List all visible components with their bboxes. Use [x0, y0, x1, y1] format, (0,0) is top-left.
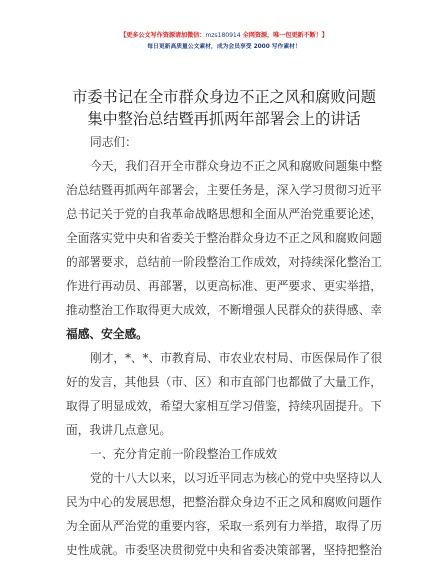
paragraph-2-line-3: 取得了明显成效，希望大家相互学习借鉴，持续巩固提升。下: [66, 394, 382, 418]
wechat-id: mzs180914: [205, 32, 240, 39]
document-title-line-2: 集中整治总结暨再抓两年部署会上的讲话: [0, 108, 448, 130]
promo-suffix: 全网资源，唯一包更新不断！】: [241, 32, 328, 39]
document-body: 同志们： 今天，我们召开全市群众身边不正之风和腐败问题集中整 治总结暨再抓两年部…: [66, 130, 382, 562]
salutation: 同志们：: [66, 130, 382, 154]
paragraph-2-line-2: 好的发言，其他县（市、区）和市直部门也都做了大量工作，: [66, 370, 382, 394]
paragraph-1-line-3: 总书记关于党的自我革命战略思想和全面从严治党重要论述，: [66, 202, 382, 226]
paragraph-2-line-4: 面，我讲几点意见。: [66, 418, 382, 442]
paragraph-1-line-4: 全面落实党中央和省委关于整治群众身边不正之风和腐败问题: [66, 226, 382, 250]
paragraph-1-line-1: 今天，我们召开全市群众身边不正之风和腐败问题集中整: [66, 154, 382, 178]
promo-prefix: 【更多公文写作资源请加微信：: [120, 32, 205, 39]
document-page: 【更多公文写作资源请加微信：mzs180914 全网资源，唯一包更新不断！】 每…: [0, 0, 448, 580]
paragraph-3-line-3: 为全面从严治党的重要内容，采取一系列有力举措，取得了历: [66, 514, 382, 538]
page-number: 1: [0, 542, 448, 551]
section-heading-1: 一、充分肯定前一阶段整治工作成效: [66, 442, 382, 466]
paragraph-2-line-1: 刚才，*、*、市教育局、市农业农村局、市医保局作了很: [66, 346, 382, 370]
document-title-line-1: 市委书记在全市群众身边不正之风和腐败问题: [0, 86, 448, 108]
promo-banner-line-2: 每日更新高质量公文素材，成为会员享受 2000 写作素材！: [0, 41, 448, 50]
promo-banner-line-1: 【更多公文写作资源请加微信：mzs180914 全网资源，唯一包更新不断！】: [0, 30, 448, 39]
paragraph-1-line-5: 的部署要求，总结前一阶段整治工作成效，对持续深化整治工: [66, 250, 382, 274]
paragraph-1-line-2: 治总结暨再抓两年部署会，主要任务是，深入学习贯彻习近平: [66, 178, 382, 202]
paragraph-3-line-2: 民为中心的发展思想，把整治群众身边不正之风和腐败问题作: [66, 490, 382, 514]
paragraph-1-line-7: 推动整治工作取得更大成效，不断增强人民群众的获得感、幸: [66, 298, 382, 322]
paragraph-1-line-6: 作进行再动员、再部署，以更高标准、更严要求、更实举措，: [66, 274, 382, 298]
paragraph-1-line-8: 福感、安全感。: [66, 322, 382, 346]
paragraph-3-line-1: 党的十八大以来，以习近平同志为核心的党中央坚持以人: [66, 466, 382, 490]
